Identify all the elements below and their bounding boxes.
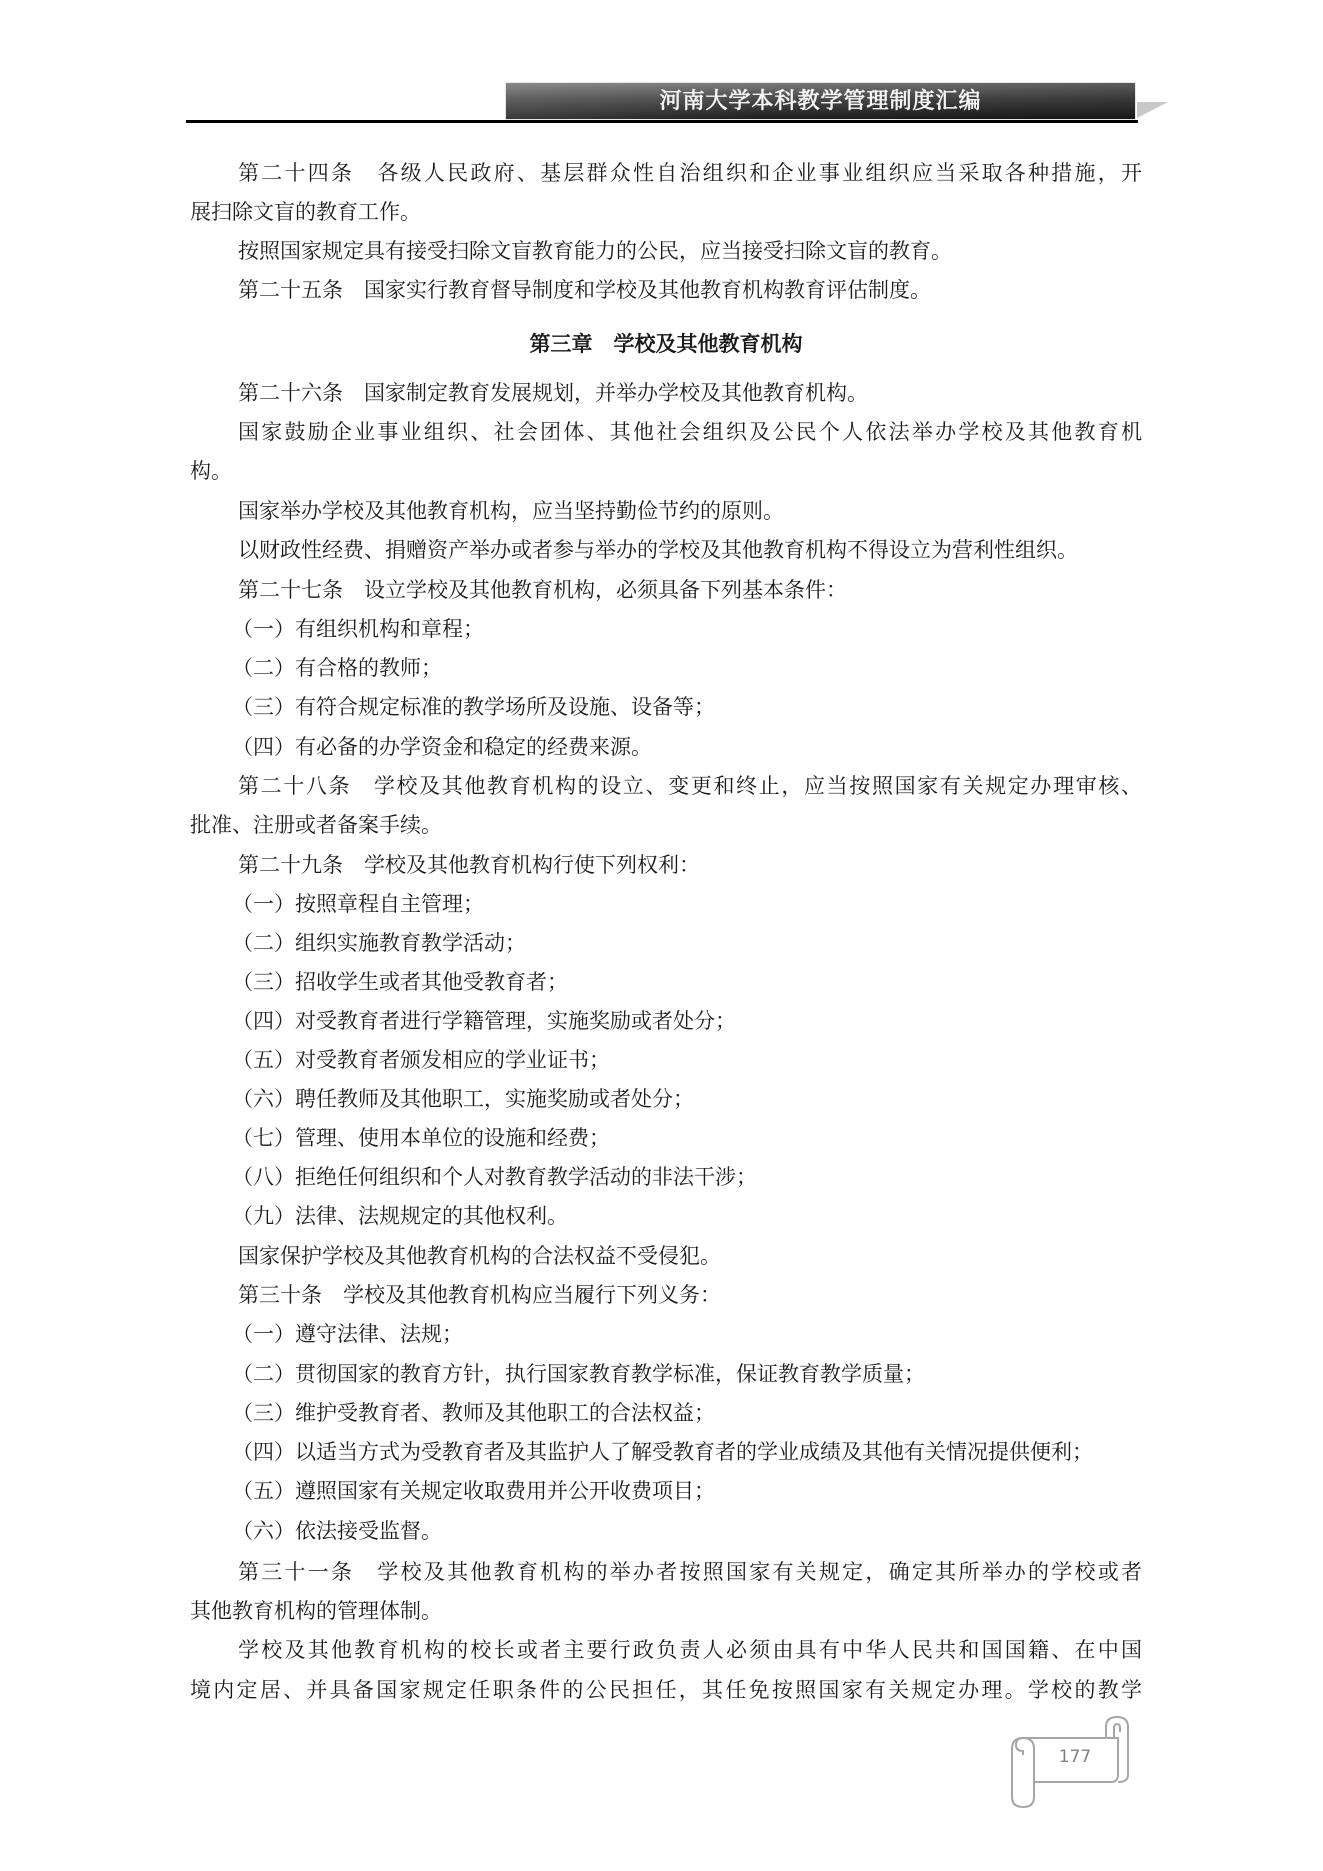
paragraph-line: 国家鼓励企业事业组织、社会团体、其他社会组织及公民个人依法举办学校及其他教育机 <box>190 413 1142 452</box>
list-item: （三）有符合规定标准的教学场所及设施、设备等； <box>190 688 1142 727</box>
paragraph-line: 第二十八条 学校及其他教育机构的设立、变更和终止，应当按照国家有关规定办理审核、 <box>190 767 1142 806</box>
paragraph-line: 第二十四条 各级人民政府、基层群众性自治组织和企业事业组织应当采取各种措施，开 <box>190 154 1142 193</box>
list-item: （二）组织实施教育教学活动； <box>190 924 1142 963</box>
list-item: （三）维护受教育者、教师及其他职工的合法权益； <box>190 1394 1142 1433</box>
list-item: （五）对受教育者颁发相应的学业证书； <box>190 1041 1142 1080</box>
paragraph-line: 学校及其他教育机构的校长或者主要行政负责人必须由具有中华人民共和国国籍、在中国 <box>190 1631 1142 1670</box>
paragraph-line: 构。 <box>190 452 1142 491</box>
paragraph-line: 第三十一条 学校及其他教育机构的举办者按照国家有关规定，确定其所举办的学校或者 <box>190 1553 1142 1592</box>
list-item: （五）遵照国家有关规定收取费用并公开收费项目； <box>190 1472 1142 1511</box>
list-item: （六）依法接受监督。 <box>190 1512 1142 1551</box>
list-item: （八）拒绝任何组织和个人对教育教学活动的非法干涉； <box>190 1158 1142 1197</box>
list-item: （七）管理、使用本单位的设施和经费； <box>190 1119 1142 1158</box>
list-item: （四）以适当方式为受教育者及其监护人了解受教育者的学业成绩及其他有关情况提供便利… <box>190 1433 1142 1472</box>
paragraph-line: 国家保护学校及其他教育机构的合法权益不受侵犯。 <box>190 1237 1142 1276</box>
paragraph-line: 第三十条 学校及其他教育机构应当履行下列义务： <box>190 1276 1142 1315</box>
list-item: （二）贯彻国家的教育方针，执行国家教育教学标准，保证教育教学质量； <box>190 1355 1142 1394</box>
list-item: （三）招收学生或者其他受教育者； <box>190 963 1142 1002</box>
list-item: （四）有必备的办学资金和稳定的经费来源。 <box>190 728 1142 767</box>
list-item: （一）有组织机构和章程； <box>190 610 1142 649</box>
header-fold-shadow <box>1137 102 1168 118</box>
paragraph-line: 展扫除文盲的教育工作。 <box>190 193 1142 232</box>
paragraph-line: 批准、注册或者备案手续。 <box>190 806 1142 845</box>
list-item: （一）遵守法律、法规； <box>190 1315 1142 1354</box>
paragraph-line: 国家举办学校及其他教育机构，应当坚持勤俭节约的原则。 <box>190 492 1142 531</box>
paragraph-line: 第二十五条 国家实行教育督导制度和学校及其他教育机构教育评估制度。 <box>190 271 1142 310</box>
chapter-heading: 第三章 学校及其他教育机构 <box>190 325 1142 364</box>
list-item: （九）法律、法规规定的其他权利。 <box>190 1197 1142 1236</box>
header-title: 河南大学本科教学管理制度汇编 <box>506 83 1135 119</box>
list-item: （二）有合格的教师； <box>190 649 1142 688</box>
paragraph-line: 以财政性经费、捐赠资产举办或者参与举办的学校及其他教育机构不得设立为营利性组织。 <box>190 531 1142 570</box>
paragraph-line: 第二十九条 学校及其他教育机构行使下列权利： <box>190 846 1142 885</box>
list-item: （六）聘任教师及其他职工，实施奖励或者处分； <box>190 1080 1142 1119</box>
paragraph-line: 境内定居、并具备国家规定任职条件的公民担任，其任免按照国家有关规定办理。学校的教… <box>190 1671 1142 1710</box>
paragraph-line: 按照国家规定具有接受扫除文盲教育能力的公民，应当接受扫除文盲的教育。 <box>190 232 1142 271</box>
header-rule <box>186 120 1138 123</box>
header-title-bar: 河南大学本科教学管理制度汇编 <box>506 83 1135 119</box>
list-item: （一）按照章程自主管理； <box>190 885 1142 924</box>
paragraph-line: 其他教育机构的管理体制。 <box>190 1592 1142 1631</box>
page-number: 177 <box>1040 1742 1110 1772</box>
paragraph-line: 第二十六条 国家制定教育发展规划，并举办学校及其他教育机构。 <box>190 374 1142 413</box>
paragraph-line: 第二十七条 设立学校及其他教育机构，必须具备下列基本条件： <box>190 571 1142 610</box>
list-item: （四）对受教育者进行学籍管理，实施奖励或者处分； <box>190 1002 1142 1041</box>
